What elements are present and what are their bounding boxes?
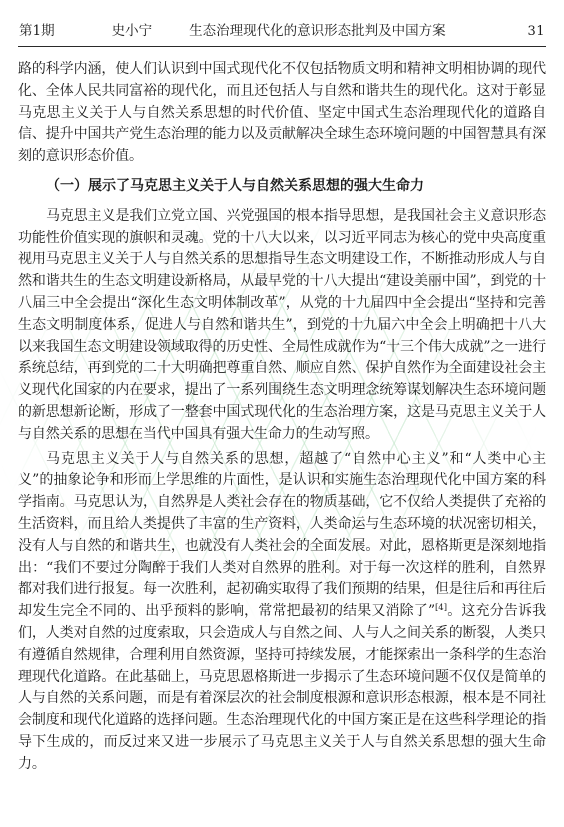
page-number: 31 xyxy=(527,24,545,39)
paragraph-continuation: 路的科学内涵，使人们认识到中国式现代化不仅包括物质文明和精神文明相协调的现代化、… xyxy=(18,59,546,168)
section-heading: （一）展示了马克思主义关于人与自然关系思想的强大生命力 xyxy=(18,176,546,198)
paragraph-nature-thought: 马克思主义关于人与自然关系的思想，超越了“自然中心主义”和“人类中心主义”的抽象… xyxy=(18,449,546,776)
journal-page: 第1期 史小宁 生态治理现代化的意识形态批判及中国方案 31 路的科学内涵，使人… xyxy=(0,0,564,827)
issue-label: 第1期 xyxy=(19,19,55,39)
header-divider xyxy=(18,46,546,47)
paragraph-text-before-citation: 马克思主义关于人与自然关系的思想，超越了“自然中心主义”和“人类中心主义”的抽象… xyxy=(18,451,546,620)
citation-marker: [4] xyxy=(435,603,447,613)
author-name: 史小宁 xyxy=(112,19,153,39)
running-title: 生态治理现代化的意识形态批判及中国方案 xyxy=(189,19,446,39)
article-body: 路的科学内涵，使人们认识到中国式现代化不仅包括物质文明和精神文明相协调的现代化、… xyxy=(18,59,546,776)
page-header: 第1期 史小宁 生态治理现代化的意识形态批判及中国方案 31 xyxy=(0,0,564,39)
paragraph-marxism-guidance: 马克思主义是我们立党立国、兴党强国的根本指导思想，是我国社会主义意识形态功能性价… xyxy=(18,206,546,446)
paragraph-text-after-citation: 。这充分告诉我们，人类对自然的过度索取，只会造成人与自然之间、人与人之间关系的断… xyxy=(18,603,546,772)
